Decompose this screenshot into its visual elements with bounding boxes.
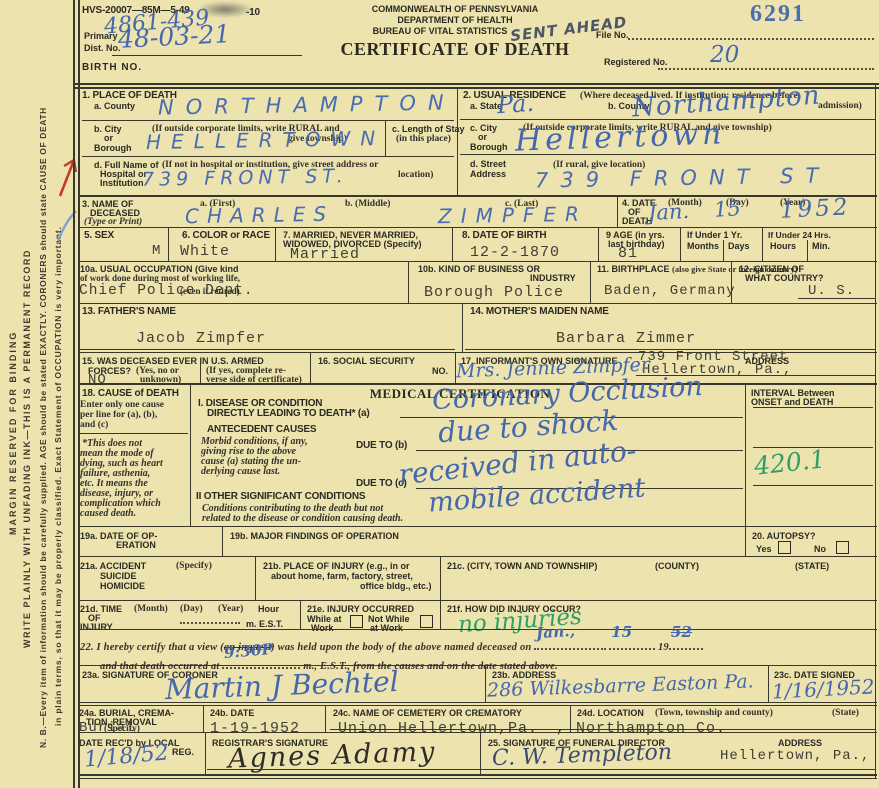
rowN-signature-underline <box>207 769 876 770</box>
sec3b-label: b. (Middle) <box>345 199 390 209</box>
registered-no-blank <box>658 58 874 70</box>
sec4-year-value: 1952 <box>779 194 851 224</box>
sec10b-label2: INDUSTRY <box>530 273 576 283</box>
date-recd-label2: REG. <box>172 747 194 757</box>
sec14-label: 14. MOTHER'S MAIDEN NAME <box>470 306 609 317</box>
sec13-14-divider <box>462 304 463 352</box>
sec2d-label2: Address <box>470 169 506 179</box>
sec22-text2: ) was held upon the body of the above na… <box>271 642 531 653</box>
sec20-label: 20. AUTOPSY? <box>752 531 816 541</box>
sec21d-month: (Month) <box>134 604 168 614</box>
sec21d-label1: 21d. TIME <box>80 604 122 614</box>
sec1c-label: c. Length of Stay <box>392 124 465 134</box>
sec21d-label3: INJURY <box>80 622 113 632</box>
sec21d-hour: Hour <box>258 604 279 614</box>
sec21d-hour-blank <box>180 614 240 624</box>
sec2d-label1: d. Street <box>470 159 506 169</box>
sec9-hours-min-divider <box>807 240 808 261</box>
sec15-inner-divider <box>200 362 201 384</box>
sec22-month-value: Jan., <box>536 622 576 643</box>
sec21d-est: m. E.S.T. <box>246 619 283 629</box>
sec13-value: Jacob Zimpfer <box>136 330 266 347</box>
sec18-note2: per line for (a), (b), <box>80 410 157 420</box>
med-other-note2: related to the disease or condition caus… <box>202 513 403 524</box>
sec1b-rule <box>82 156 454 157</box>
registered-no-value: 20 <box>710 42 739 68</box>
bottom-border2 <box>78 778 877 779</box>
sec22-time-value: 9:30P <box>224 640 275 662</box>
sec21e-label: 21e. INJURY OCCURRED <box>307 604 414 614</box>
sec1d-label3: Institution <box>100 178 144 188</box>
sec24b-value: 1-19-1952 <box>210 720 300 737</box>
sec24a-value: Burial <box>79 720 135 736</box>
sec1-sec2-divider <box>457 88 458 196</box>
sec21b-label2: about home, farm, factory, street, <box>271 571 413 581</box>
sec22-year-blank: 52 <box>669 638 703 650</box>
sec15-16-divider <box>310 353 311 384</box>
sec2c-value: Hellertown <box>514 116 725 158</box>
sec16-label2: NO. <box>432 366 448 376</box>
rowA-bottom-border <box>78 195 877 197</box>
blue-pencil-mark <box>55 208 79 244</box>
sec18-title: 18. CAUSE of DEATH <box>82 388 179 399</box>
sec19b-20-divider <box>745 527 746 556</box>
sec18-med-divider <box>190 385 191 526</box>
sec3a-value: CHARLES <box>185 202 334 229</box>
sec12-label2: WHAT COUNTRY? <box>745 273 824 283</box>
autopsy-yes-label: Yes <box>756 544 772 554</box>
sec14-value: Barbara Zimmer <box>556 330 696 347</box>
dist-no-value: 48-03-21 <box>117 19 231 54</box>
injury-while-at-work-checkbox <box>350 615 363 628</box>
rowN-divider2 <box>480 733 481 774</box>
sec21e-work: Work <box>311 623 333 633</box>
sec8-label: 8. DATE OF BIRTH <box>462 230 546 241</box>
sec9-value: 81 <box>618 245 638 262</box>
bottom-border1 <box>78 774 877 776</box>
sec9-under1yr-label: If Under 1 Yr. <box>687 230 742 240</box>
interval-column-divider <box>745 385 746 526</box>
dist-no-label: Dist. No. <box>84 43 121 53</box>
sec4-day-value: 15 <box>713 196 741 222</box>
margin-nb-note-line2: in plain terms, so that it may be proper… <box>53 226 63 726</box>
sec2c-rule <box>460 154 876 155</box>
sec2-hint2: admission) <box>818 101 862 111</box>
sec24d-label: 24d. LOCATION <box>577 708 644 718</box>
sec21b-label3: office bldg., etc.) <box>360 581 432 591</box>
date-signed-value: 1/16/1952 <box>771 674 875 703</box>
sec3-sec4-divider <box>617 197 618 227</box>
sec1a-value: NORTHAMPTON <box>158 90 456 119</box>
sec24c-label: 24c. NAME OF CEMETERY OR CREMATORY <box>333 708 522 718</box>
sec21c-state-label: (STATE) <box>795 561 829 571</box>
rowH-bottom-border <box>78 556 877 557</box>
sec5-label: 5. SEX <box>84 230 114 241</box>
interval-line-c <box>753 485 873 486</box>
sec21b-21c-divider <box>440 557 441 600</box>
rowM-bottom-border <box>78 732 877 733</box>
sec1b-label2: or <box>104 133 113 143</box>
autopsy-no-label: No <box>814 544 826 554</box>
sec10b-value: Borough Police <box>424 284 564 301</box>
sec19b-label: 19b. MAJOR FINDINGS OF OPERATION <box>230 531 399 541</box>
med-morbid4: derlying cause last. <box>201 466 280 477</box>
med-antecedent-label: ANTECEDENT CAUSES <box>207 424 316 435</box>
sec7-8-divider <box>452 228 453 261</box>
sec9-days-label: Days <box>728 241 750 251</box>
sec6-label: 6. COLOR or RACE <box>182 230 270 241</box>
sec1a-rule <box>82 120 454 121</box>
sec10a-label2: of work done during most of working life… <box>80 273 240 283</box>
sec9-hours-label: Hours <box>770 241 796 251</box>
sec6-7-divider <box>275 228 276 261</box>
form-right-border <box>875 84 876 778</box>
sec10a-10b-divider <box>408 262 409 303</box>
sec10b-label1: 10b. KIND OF BUSINESS OR <box>418 264 540 274</box>
sec13-underline <box>80 349 455 350</box>
sec10a-value: Chief Police Dept. <box>79 283 254 299</box>
sec10b-11-divider <box>590 262 591 303</box>
sec15-label1: 15. WAS DECEASED EVER IN U.S. ARMED <box>82 356 264 366</box>
sec16-label1: 16. SOCIAL SECURITY <box>318 356 415 366</box>
primary-label: Primary <box>84 31 118 41</box>
sec21b-label1: 21b. PLACE OF INJURY (e.g., in or <box>263 561 410 571</box>
sec22-text1: 22. I hereby certify that a view ( <box>80 642 224 653</box>
sec3-title3: (Type or Print) <box>84 217 142 227</box>
birth-no-label: BIRTH NO. <box>82 62 142 73</box>
sec4-month-value: Jan. <box>647 199 689 225</box>
autopsy-no-checkbox <box>836 541 849 554</box>
sec8-9-divider <box>598 228 599 261</box>
sec21a-label2: SUICIDE <box>100 571 137 581</box>
med-due-b-label: DUE TO (b) <box>356 440 407 451</box>
sec12-underline <box>798 298 876 299</box>
rowJ-bottom-border <box>78 629 877 630</box>
sec1-bc-divider <box>385 120 386 156</box>
form-number-suffix: -10 <box>246 7 260 18</box>
commonwealth-line: COMMONWEALTH OF PENNSYLVANIA <box>372 4 539 14</box>
sec24-underline <box>330 729 876 730</box>
sec22-day-blank: 15 <box>609 638 655 650</box>
autopsy-yes-checkbox <box>778 541 791 554</box>
sec21a-label1: 21a. ACCIDENT <box>80 561 146 571</box>
margin-nb-note-line1: N. B.—Every item of information should b… <box>38 107 48 748</box>
interval-line-a <box>753 407 873 408</box>
sec18-footnote8: caused death. <box>80 508 136 519</box>
sec22-year-value: 52 <box>671 623 692 641</box>
dist-no-rule <box>112 55 302 56</box>
bureau-line: BUREAU OF VITAL STATISTICS <box>373 26 508 36</box>
stamped-certificate-number: 6291 <box>750 1 806 28</box>
cause-code-annotation: 420.1 <box>753 444 827 480</box>
sec13-label: 13. FATHER'S NAME <box>82 306 176 317</box>
form-left-outer-border <box>73 0 75 788</box>
sec3c-value: ZIMPFER <box>438 202 588 229</box>
form-left-inner-border <box>78 0 80 788</box>
sec24d-hint: (Town, township and county) <box>655 708 773 718</box>
funeral-director-address-label: ADDRESS <box>778 738 822 748</box>
sec11-label: 11. BIRTHPLACE <box>597 264 670 274</box>
sec9-under24-label: If Under 24 Hrs. <box>768 230 831 240</box>
sec21d-year: (Year) <box>218 604 243 614</box>
rowG-bottom-border <box>78 526 877 527</box>
sec22-month-blank: Jan., <box>534 638 606 650</box>
sec9-months-days-divider <box>723 240 724 261</box>
sec2c-label2: or <box>478 132 487 142</box>
rowK-bottom-border <box>78 665 877 666</box>
sec21a-hint: (Specify) <box>176 561 212 571</box>
funeral-director-address-value: Hellertown, Pa., <box>720 748 870 764</box>
death-certificate-scan: MARGIN RESERVED FOR BINDING WRITE PLAINL… <box>0 0 879 788</box>
sec9-min-label: Min. <box>812 241 830 251</box>
sec21a-label3: HOMICIDE <box>100 581 145 591</box>
sec19a-label2: ERATION <box>116 540 156 550</box>
sec22-day-value: 15 <box>611 623 632 641</box>
sec21c-label: 21c. (CITY, TOWN AND TOWNSHIP) <box>447 561 597 571</box>
sec23b-23c-divider <box>768 665 769 702</box>
sec1b-label3: Borough <box>94 143 132 153</box>
interval-label2: ONSET and DEATH <box>751 397 833 407</box>
sec24a-24b-divider <box>203 706 204 732</box>
sec18-note3: and (c) <box>80 420 108 430</box>
injury-not-while-at-work-checkbox <box>420 615 433 628</box>
sec24d-hint2: (State) <box>832 708 859 718</box>
sec2d-value: 739 FRONT ST <box>535 163 831 192</box>
sec21c-county-label: (COUNTY) <box>655 561 699 571</box>
sec11-12-divider <box>731 262 732 303</box>
rowI-bottom-border <box>78 600 877 601</box>
med-disease-label2: DIRECTLY LEADING TO DEATH* (a) <box>207 408 370 419</box>
sec12-value: U. S. <box>808 283 855 299</box>
sec1c-hint: (in this place) <box>396 134 451 144</box>
rowL-bottom-border2 <box>78 705 877 706</box>
sec9-u2-divider <box>762 228 763 261</box>
sec9-months-label: Months <box>687 241 719 251</box>
sec15-value: NO <box>88 372 107 388</box>
rowC-bottom-border <box>78 261 877 262</box>
sec19a-19b-divider <box>222 527 223 556</box>
sec2a-value: Pa. <box>496 89 535 120</box>
sec21a-21b-divider <box>255 557 256 600</box>
sec24b-24c-divider <box>325 706 326 732</box>
sec21e-21f-divider <box>440 601 441 629</box>
coroner-signature: Martin J Bechtel <box>164 665 399 706</box>
sec1b-value: HELLERTOWN <box>146 126 386 154</box>
rowL-bottom-border1 <box>78 702 877 703</box>
sec6-value: White <box>180 243 230 260</box>
red-check-mark <box>54 152 80 198</box>
margin-binding-note: MARGIN RESERVED FOR BINDING <box>8 331 18 535</box>
funeral-director-signature: C. W. Templeton <box>492 740 673 771</box>
sec21d-21e-divider <box>300 601 301 629</box>
file-no-blank <box>628 28 874 40</box>
sec18-note-rule <box>80 433 188 434</box>
sec1d-hint2: location) <box>398 170 433 180</box>
sec21e-atwork: at Work <box>370 623 403 633</box>
sec18-note1: Enter only one cause <box>80 400 164 410</box>
sec22-year-printed: 19 <box>658 642 669 653</box>
sec1a-label: a. County <box>94 101 135 111</box>
sec5-6-divider <box>168 228 169 261</box>
med-other-label: II OTHER SIGNIFICANT CONDITIONS <box>196 491 365 502</box>
sec21d-day: (Day) <box>180 604 203 614</box>
rowD-bottom-border <box>78 303 877 304</box>
sec22-line1: 22. I hereby certify that a view (an inq… <box>80 638 703 653</box>
department-line: DEPARTMENT OF HEALTH <box>397 15 512 25</box>
rowN-divider1 <box>205 733 206 774</box>
sec9-u1-divider <box>680 228 681 261</box>
file-no-label: File No. <box>596 30 629 40</box>
sec2c-label3: Borough <box>470 142 508 152</box>
sec5-value: M <box>152 243 161 259</box>
rowB-bottom-border <box>78 227 877 228</box>
margin-permanent-record-note: WRITE PLAINLY WITH UNFADING INK—THIS IS … <box>22 249 32 648</box>
sec22-time-blank: 9:30P <box>222 657 300 669</box>
sec24b-label: 24b. DATE <box>210 708 254 718</box>
sec8-value: 12-2-1870 <box>470 244 560 261</box>
sec11-value: Baden, Germany <box>604 283 736 299</box>
sec1d-value: 739 FRONT ST. <box>142 165 348 191</box>
